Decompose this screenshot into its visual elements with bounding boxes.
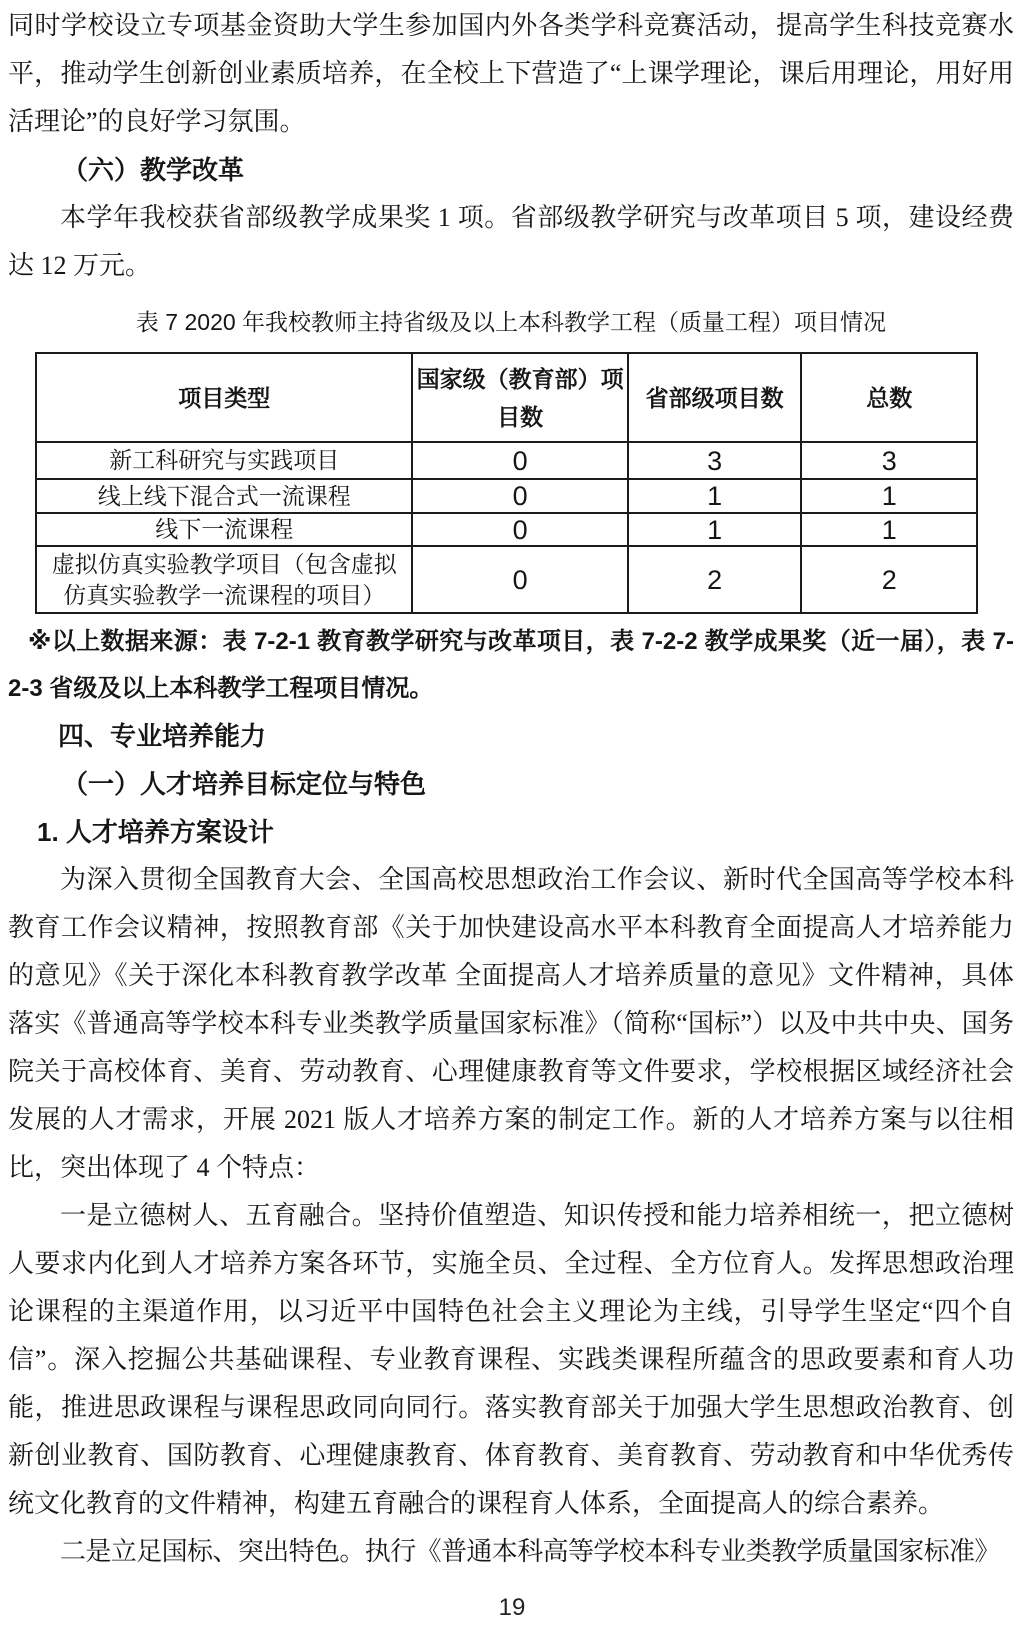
document-page: 同时学校设立专项基金资助大学生参加国内外各类学科竞赛活动，提高学生科技竞赛水平，… <box>0 0 1024 1631</box>
column-header-provincial-count: 省部级项目数 <box>628 353 802 442</box>
paragraph-competition-funding: 同时学校设立专项基金资助大学生参加国内外各类学科竞赛活动，提高学生科技竞赛水平，… <box>8 2 1014 146</box>
table-row: 新工科研究与实践项目 0 3 3 <box>36 442 977 479</box>
table7-data-source-note: ※以上数据来源：表 7-2-1 教育教学研究与改革项目，表 7-2-2 教学成果… <box>8 618 1014 712</box>
heading-section-4-training-capability: 四、专业培养能力 <box>8 712 1014 760</box>
cell-national: 0 <box>412 442 627 479</box>
paragraph-plan-design: 为深入贯彻全国教育大会、全国高校思想政治工作会议、新时代全国高等学校本科教育工作… <box>8 856 1014 1192</box>
table-row: 线下一流课程 0 1 1 <box>36 513 977 546</box>
heading-sub-1-talent-goal: （一）人才培养目标定位与特色 <box>8 760 1014 808</box>
column-header-project-type: 项目类型 <box>36 353 412 442</box>
cell-total: 1 <box>801 479 977 513</box>
cell-project-type: 线上线下混合式一流课程 <box>36 479 412 513</box>
cell-total: 2 <box>801 546 977 613</box>
paragraph-feature-2-standards: 二是立足国标、突出特色。执行《普通本科高等学校本科专业类教学质量国家标准》 <box>8 1528 1014 1576</box>
paragraph-feature-1-morality: 一是立德树人、五育融合。坚持价值塑造、知识传授和能力培养相统一，把立德树人要求内… <box>8 1192 1014 1528</box>
column-header-total: 总数 <box>801 353 977 442</box>
heading-sub-1-1-plan-design: 1. 人才培养方案设计 <box>8 808 1014 856</box>
cell-provincial: 1 <box>628 513 802 546</box>
table7-project-summary: 项目类型 国家级（教育部）项目数 省部级项目数 总数 新工科研究与实践项目 0 … <box>35 352 978 614</box>
table-row: 虚拟仿真实验教学项目（包含虚拟仿真实验教学一流课程的项目） 0 2 2 <box>36 546 977 613</box>
table-header-row: 项目类型 国家级（教育部）项目数 省部级项目数 总数 <box>36 353 977 442</box>
heading-section-6-teaching-reform: （六）教学改革 <box>8 146 1014 194</box>
cell-national: 0 <box>412 546 627 613</box>
cell-provincial: 3 <box>628 442 802 479</box>
table7-caption: 表 7 2020 年我校教师主持省级及以上本科教学工程（质量工程）项目情况 <box>8 300 1014 344</box>
table-row: 线上线下混合式一流课程 0 1 1 <box>36 479 977 513</box>
column-header-national-count: 国家级（教育部）项目数 <box>412 353 627 442</box>
cell-national: 0 <box>412 513 627 546</box>
cell-project-type: 新工科研究与实践项目 <box>36 442 412 479</box>
cell-total: 3 <box>801 442 977 479</box>
cell-national: 0 <box>412 479 627 513</box>
cell-provincial: 2 <box>628 546 802 613</box>
cell-total: 1 <box>801 513 977 546</box>
cell-provincial: 1 <box>628 479 802 513</box>
page-number: 19 <box>0 1592 1024 1624</box>
cell-project-type: 线下一流课程 <box>36 513 412 546</box>
paragraph-teaching-achievements: 本学年我校获省部级教学成果奖 1 项。省部级教学研究与改革项目 5 项，建设经费… <box>8 194 1014 290</box>
cell-project-type: 虚拟仿真实验教学项目（包含虚拟仿真实验教学一流课程的项目） <box>36 546 412 613</box>
